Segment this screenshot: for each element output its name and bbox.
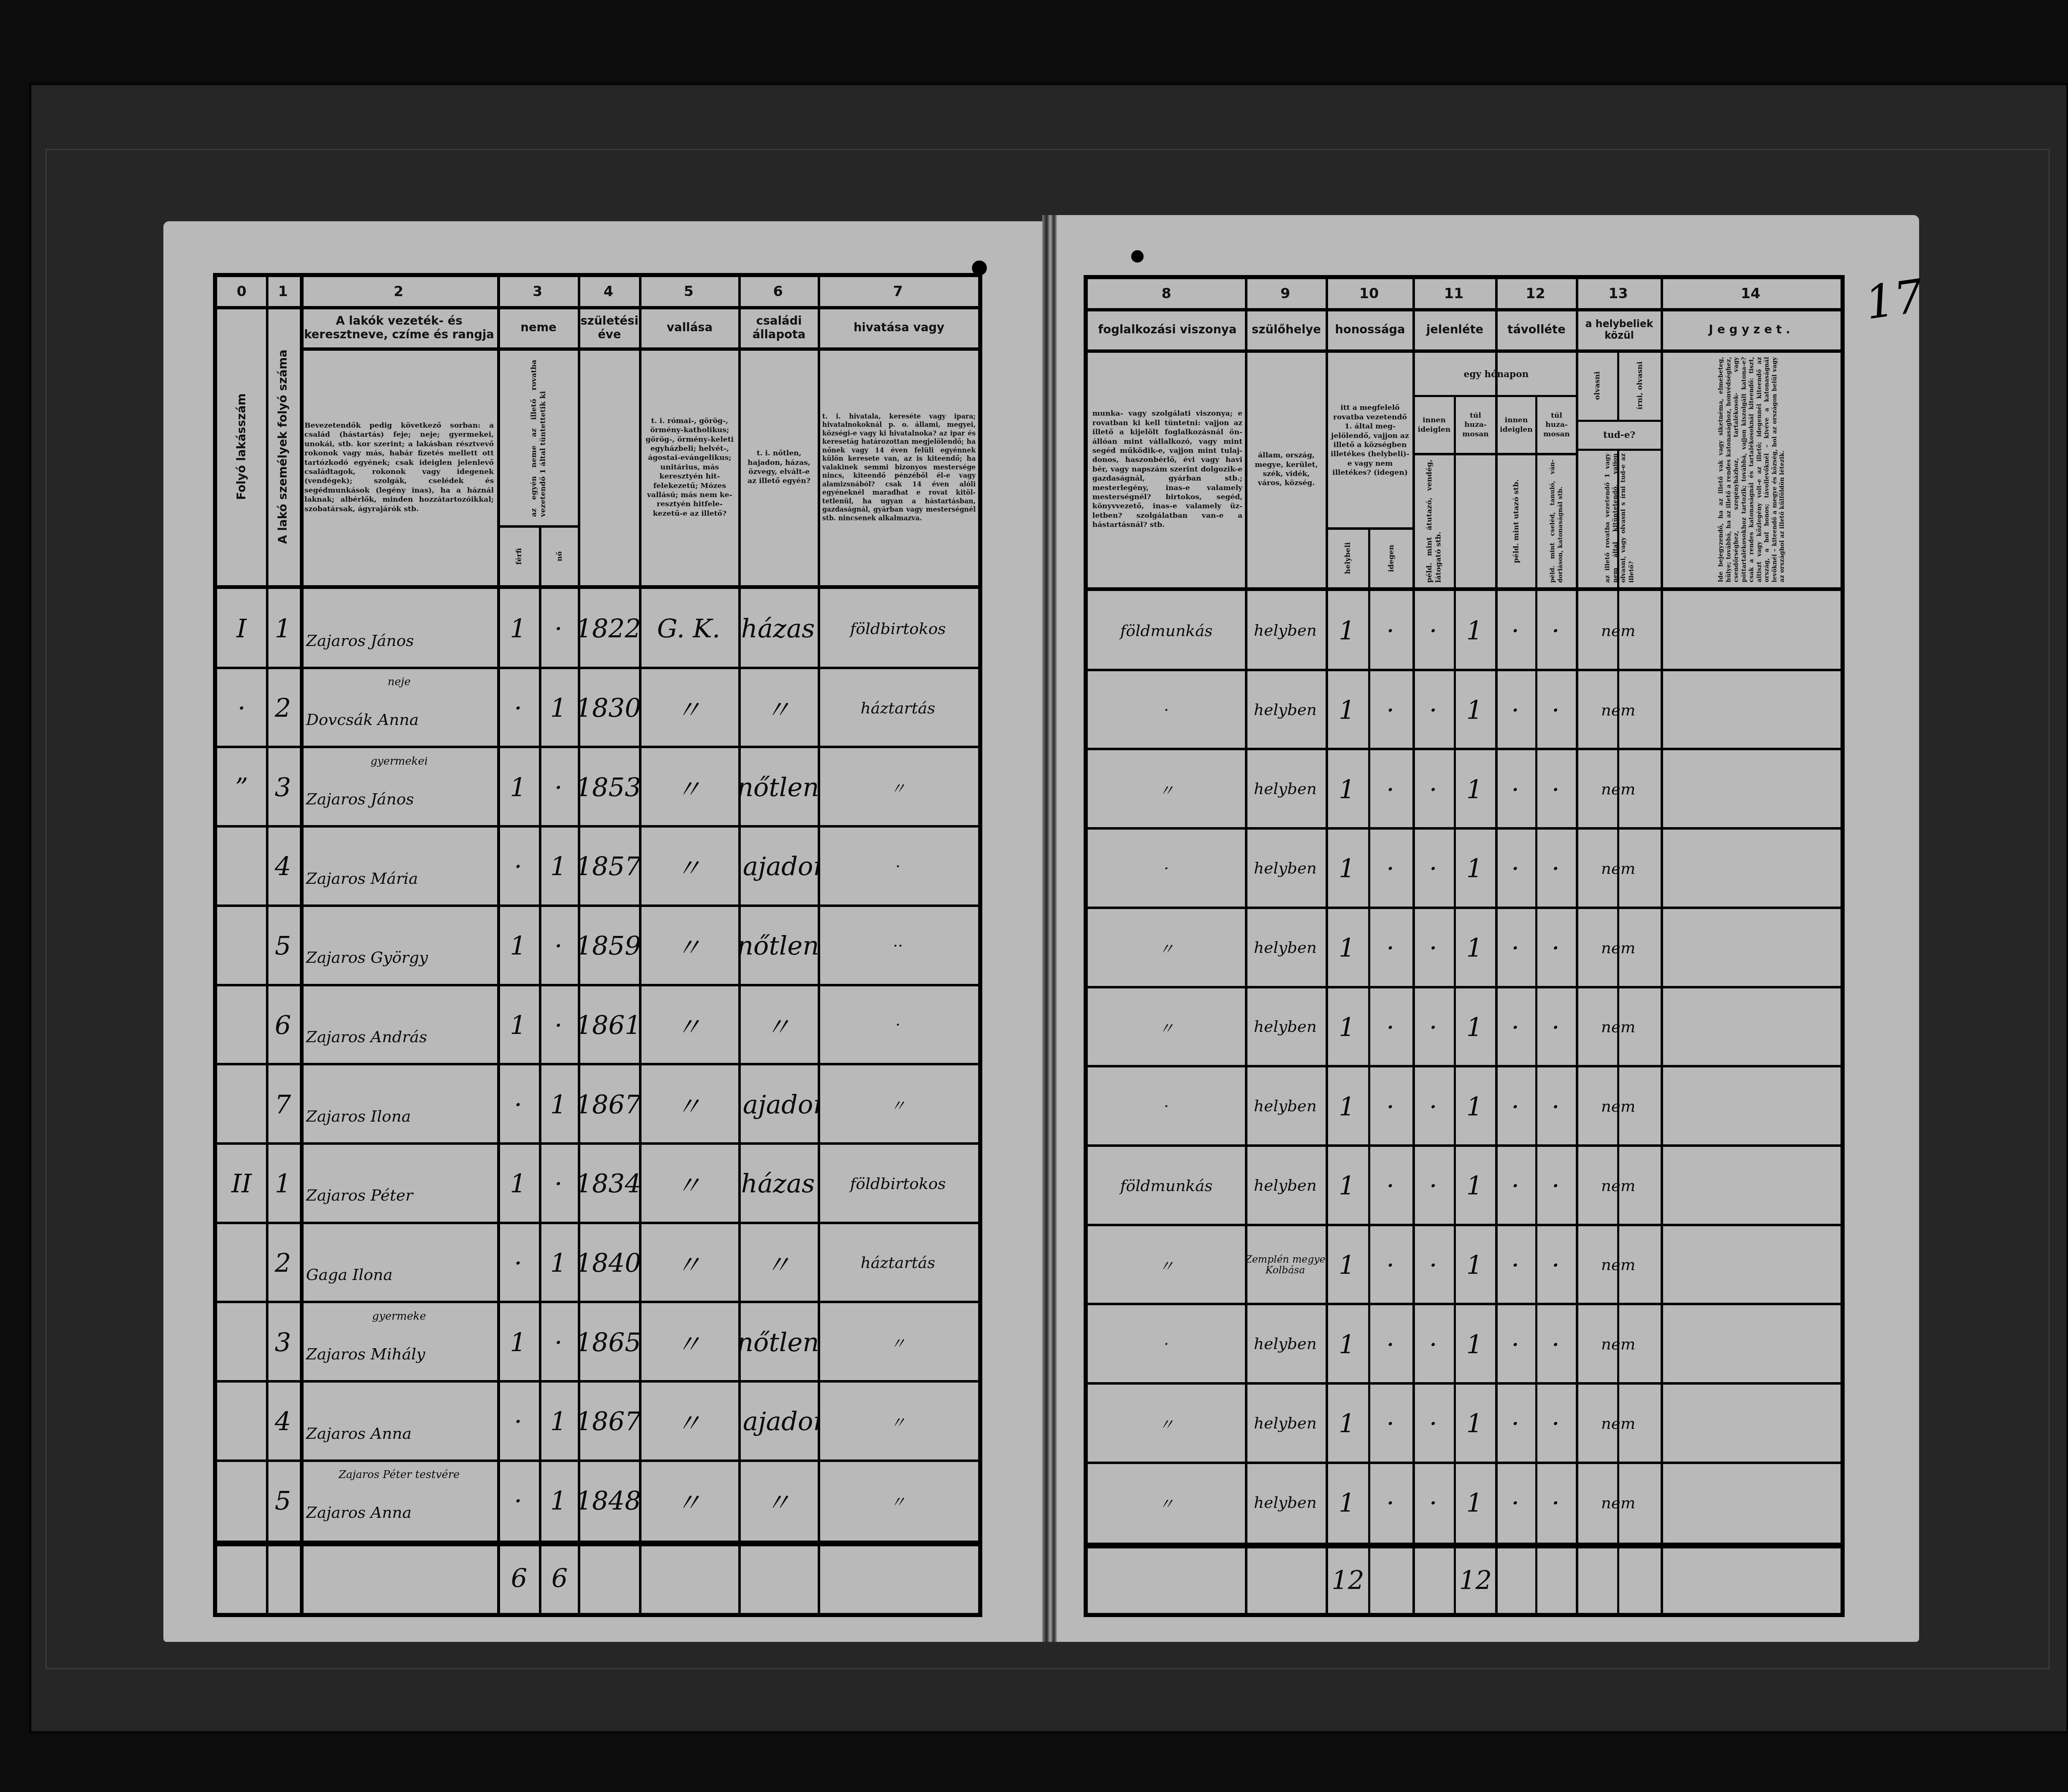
cell-employment: 〃 — [1088, 1463, 1245, 1543]
cell-marital: nőtlen — [738, 747, 818, 827]
cell-notes — [1661, 1463, 1841, 1543]
total-female: 6 — [541, 1547, 578, 1609]
cell-male: · — [497, 1461, 539, 1541]
cell-name: Zajaros Mihály — [302, 1326, 496, 1382]
cell-marital: 〃 — [738, 1461, 818, 1541]
cell-foreign: · — [1368, 749, 1412, 829]
cell-employment: 〃 — [1088, 1225, 1245, 1305]
cell-dwelling — [217, 1065, 266, 1144]
col-number-11: 11 — [1412, 279, 1495, 308]
cell-native: 1 — [1326, 1067, 1368, 1146]
cell-foreign: · — [1368, 988, 1412, 1067]
cell-relationship-note: gyermeke — [302, 1302, 496, 1330]
cell-name: Zajaros András — [302, 1009, 496, 1065]
cell-absent_long: · — [1535, 1067, 1576, 1146]
cell-notes — [1661, 1146, 1841, 1225]
cell-no: 5 — [266, 906, 300, 986]
table-row: ·helyben1··1··nem — [1088, 829, 1841, 908]
header-notes-description: Ide bejegyzendő, ha az illető vak vagy s… — [1663, 354, 1841, 585]
cell-marital: hajadon — [738, 827, 818, 906]
header-presence-note: péld. mint átutazó, vendég, látogató stb… — [1415, 457, 1454, 585]
cell-year: 1867 — [578, 1065, 639, 1144]
cell-present_temp: · — [1412, 1146, 1454, 1225]
cell-absent_temp: · — [1495, 591, 1535, 670]
cell-occupation: 〃 — [818, 1382, 978, 1461]
cell-dwelling — [217, 1461, 266, 1541]
cell-notes — [1661, 591, 1841, 670]
cell-dwelling — [217, 1382, 266, 1461]
table-row: ”31·1853〃nőtlen〃Zajaros Jánosgyermekei — [217, 747, 978, 827]
cell-no: 7 — [266, 1065, 300, 1144]
cell-year: 1865 — [578, 1302, 639, 1382]
cell-literacy: nem — [1576, 829, 1661, 908]
cell-no: 3 — [266, 1302, 300, 1382]
cell-foreign: · — [1368, 908, 1412, 988]
cell-birthplace: helyben — [1245, 829, 1326, 908]
cell-birthplace: Zemplén megye Kolbása — [1245, 1225, 1326, 1305]
cell-literacy: nem — [1576, 591, 1661, 670]
cell-birthplace: helyben — [1245, 1146, 1326, 1225]
cell-birthplace: helyben — [1245, 1304, 1326, 1384]
cell-native: 1 — [1326, 829, 1368, 908]
header-religion-title: vallása — [641, 308, 738, 347]
table-row: 51·1859〃nőtlen··Zajaros György — [217, 906, 978, 986]
cell-foreign: · — [1368, 591, 1412, 670]
cell-native: 1 — [1326, 1304, 1368, 1384]
header-literacy-read-write: írni, olvasni — [1619, 352, 1661, 420]
col-number-6: 6 — [738, 277, 818, 306]
col-number-2: 2 — [300, 277, 497, 306]
cell-female: 1 — [539, 668, 578, 748]
cell-birthplace: helyben — [1245, 988, 1326, 1067]
cell-native: 1 — [1326, 908, 1368, 988]
cell-marital: 〃 — [738, 668, 818, 748]
cell-female: · — [539, 747, 578, 827]
cell-no: 4 — [266, 1382, 300, 1461]
cell-female: · — [539, 589, 578, 668]
cell-absent_temp: · — [1495, 1463, 1535, 1543]
cell-foreign: · — [1368, 1304, 1412, 1384]
header-absence-note-temporary: péld. mint utazó stb. — [1497, 457, 1535, 585]
cell-dwelling: ” — [217, 747, 266, 827]
cell-dwelling — [217, 1302, 266, 1382]
cell-marital: házas — [738, 1144, 818, 1223]
cell-present_long: 1 — [1454, 591, 1495, 670]
book-gutter — [1042, 215, 1057, 1642]
col-number-13: 13 — [1576, 279, 1661, 308]
cell-absent_temp: · — [1495, 829, 1535, 908]
header-employment-title: foglalkozási viszonya — [1090, 310, 1245, 349]
cell-notes — [1661, 1384, 1841, 1463]
table-row: 31·1865〃nőtlen〃Zajaros Mihálygyermeke — [217, 1302, 978, 1382]
cell-absent_long: · — [1535, 988, 1576, 1067]
header-birth-year: születési éve — [580, 308, 639, 347]
cell-religion: 〃 — [639, 1382, 738, 1461]
col-number-3: 3 — [497, 277, 578, 306]
table-row: 〃helyben1··1··nem — [1088, 1384, 1841, 1463]
col-number-5: 5 — [639, 277, 738, 306]
cell-marital: nőtlen — [738, 1302, 818, 1382]
cell-occupation: 〃 — [818, 747, 978, 827]
header-literacy-title: a hely­beliek közül — [1578, 310, 1661, 349]
cell-marital: 〃 — [738, 1223, 818, 1303]
cell-female: · — [539, 906, 578, 986]
cell-birthplace: helyben — [1245, 908, 1326, 988]
header-notes-title: Jegyzet. — [1663, 310, 1841, 349]
cell-literacy: nem — [1576, 1067, 1661, 1146]
header-birthplace-description: állam, or­szág, megye, kerület, szék, vi… — [1247, 354, 1326, 585]
cell-dwelling: II — [217, 1144, 266, 1223]
cell-present_long: 1 — [1454, 1384, 1495, 1463]
cell-dwelling — [217, 986, 266, 1065]
printer-ornament-right — [1131, 250, 1144, 263]
cell-employment: földmunkás — [1088, 1146, 1245, 1225]
cell-absent_long: · — [1535, 1146, 1576, 1225]
table-row: ·2·11830〃〃háztartásDovcsák Annaneje — [217, 668, 978, 748]
cell-employment: · — [1088, 829, 1245, 908]
cell-absent_long: · — [1535, 749, 1576, 829]
header-absence-note-long: péld. mint cseléd, tanuló, ván­dorláson,… — [1537, 457, 1576, 585]
cell-marital: nőtlen — [738, 906, 818, 986]
cell-employment: 〃 — [1088, 988, 1245, 1067]
cell-absent_temp: · — [1495, 1225, 1535, 1305]
cell-absent_temp: · — [1495, 1146, 1535, 1225]
col-number-10: 10 — [1326, 279, 1412, 308]
cell-female: 1 — [539, 1223, 578, 1303]
header-employment-description: munka- vagy szolgálati viszonya; e rovat… — [1090, 354, 1245, 585]
cell-year: 1848 — [578, 1461, 639, 1541]
table-row: 7·11867〃hajadon〃Zajaros Ilona — [217, 1065, 978, 1144]
cell-native: 1 — [1326, 1146, 1368, 1225]
cell-notes — [1661, 829, 1841, 908]
cell-dwelling — [217, 906, 266, 986]
cell-literacy: nem — [1576, 749, 1661, 829]
cell-year: 1859 — [578, 906, 639, 986]
cell-occupation: 〃 — [818, 1461, 978, 1541]
cell-present_temp: · — [1412, 1384, 1454, 1463]
col-number-12: 12 — [1495, 279, 1576, 308]
cell-notes — [1661, 908, 1841, 988]
cell-literacy: nem — [1576, 1225, 1661, 1305]
total-native: 12 — [1328, 1549, 1368, 1611]
cell-male: 1 — [497, 747, 539, 827]
cell-no: 4 — [266, 827, 300, 906]
cell-no: 2 — [266, 668, 300, 748]
cell-marital: 〃 — [738, 986, 818, 1065]
cell-year: 1857 — [578, 827, 639, 906]
cell-dwelling: I — [217, 589, 266, 668]
cell-notes — [1661, 1304, 1841, 1384]
cell-foreign: · — [1368, 829, 1412, 908]
cell-employment: · — [1088, 1067, 1245, 1146]
cell-religion: 〃 — [639, 827, 738, 906]
cell-birthplace: helyben — [1245, 1067, 1326, 1146]
col-number-7: 7 — [818, 277, 978, 306]
cell-occupation: 〃 — [818, 1065, 978, 1144]
header-presence-temporary: innen ideig­len — [1415, 397, 1454, 453]
cell-name: Zajaros János — [302, 771, 496, 827]
cell-no: 3 — [266, 747, 300, 827]
census-table-left: 0 1 2 3 4 5 6 7 Folyó lakásszám A lakó s… — [213, 273, 982, 1617]
cell-foreign: · — [1368, 1067, 1412, 1146]
cell-male: 1 — [497, 589, 539, 668]
cell-name: Zajaros Anna — [302, 1406, 496, 1461]
cell-occupation: · — [818, 986, 978, 1065]
cell-male: 1 — [497, 1302, 539, 1382]
table-row: 〃Zemplén megye Kolbása1··1··nem — [1088, 1225, 1841, 1305]
cell-religion: 〃 — [639, 1302, 738, 1382]
cell-religion: 〃 — [639, 1065, 738, 1144]
cell-literacy: nem — [1576, 1146, 1661, 1225]
cell-notes — [1661, 1067, 1841, 1146]
cell-absent_long: · — [1535, 908, 1576, 988]
cell-absent_long: · — [1535, 591, 1576, 670]
cell-female: · — [539, 986, 578, 1065]
cell-employment: · — [1088, 670, 1245, 750]
cell-native: 1 — [1326, 670, 1368, 750]
cell-notes — [1661, 749, 1841, 829]
cell-birthplace: helyben — [1245, 749, 1326, 829]
cell-native: 1 — [1326, 591, 1368, 670]
cell-present_long: 1 — [1454, 1304, 1495, 1384]
cell-absent_long: · — [1535, 670, 1576, 750]
header-literacy-description: az illető rovatba vezetendő 1 vagy nem á… — [1578, 451, 1661, 585]
header-absence-long: túl huza­mosan — [1537, 397, 1576, 453]
header-occupation-title: hivatása vagy — [820, 308, 978, 347]
header-one-month-span: egy hónapon — [1415, 354, 1578, 395]
cell-absent_temp: · — [1495, 1067, 1535, 1146]
cell-absent_long: · — [1535, 1304, 1576, 1384]
cell-dwelling: · — [217, 668, 266, 748]
cell-relationship-note: neje — [302, 668, 496, 696]
cell-native: 1 — [1326, 1384, 1368, 1463]
cell-present_long: 1 — [1454, 1146, 1495, 1225]
cell-marital: hajadon — [738, 1065, 818, 1144]
cell-religion: 〃 — [639, 1461, 738, 1541]
cell-no: 5 — [266, 1461, 300, 1541]
cell-male: · — [497, 827, 539, 906]
cell-religion: G. K. — [639, 589, 738, 668]
cell-marital: házas — [738, 589, 818, 668]
cell-present_temp: · — [1412, 1463, 1454, 1543]
cell-absent_long: · — [1535, 829, 1576, 908]
cell-occupation: háztartás — [818, 1223, 978, 1303]
cell-male: 1 — [497, 986, 539, 1065]
cell-no: 1 — [266, 1144, 300, 1223]
cell-male: 1 — [497, 1144, 539, 1223]
cell-relationship-note: gyermekei — [302, 747, 496, 775]
cell-literacy: nem — [1576, 1304, 1661, 1384]
cell-present_long: 1 — [1454, 908, 1495, 988]
header-citizenship-description: itt a meg­felelő rovatba ve­zetendő 1. á… — [1328, 354, 1412, 527]
cell-absent_long: · — [1535, 1384, 1576, 1463]
table-row: 〃helyben1··1··nem — [1088, 988, 1841, 1067]
header-name-description: Bevezetendők pedig következő sorban: a c… — [302, 352, 496, 583]
cell-literacy: nem — [1576, 1463, 1661, 1543]
cell-year: 1840 — [578, 1223, 639, 1303]
cell-female: 1 — [539, 1461, 578, 1541]
cell-native: 1 — [1326, 1463, 1368, 1543]
header-citizenship-title: honossága — [1328, 310, 1412, 349]
col-number-4: 4 — [578, 277, 639, 306]
header-presence-long: túl huza­mosan — [1456, 397, 1495, 453]
header-literacy-read: olvasni — [1578, 352, 1617, 420]
header-religion-description: t. i. római-, görög-, örmény-katholikus;… — [641, 352, 738, 583]
cell-name: Zajaros Péter — [302, 1168, 496, 1223]
cell-notes — [1661, 1225, 1841, 1305]
cell-year: 1822 — [578, 589, 639, 668]
cell-present_temp: · — [1412, 749, 1454, 829]
table-row: 2·11840〃〃háztartásGaga Ilona — [217, 1223, 978, 1303]
cell-present_temp: · — [1412, 908, 1454, 988]
table-row: ·helyben1··1··nem — [1088, 670, 1841, 750]
cell-native: 1 — [1326, 988, 1368, 1067]
cell-present_temp: · — [1412, 591, 1454, 670]
table-row: II11·1834〃házasföldbirtokosZajaros Péter — [217, 1144, 978, 1223]
col-number-0: 0 — [217, 277, 266, 306]
cell-year: 1834 — [578, 1144, 639, 1223]
cell-literacy: nem — [1576, 670, 1661, 750]
cell-no: 1 — [266, 589, 300, 668]
cell-present_temp: · — [1412, 1067, 1454, 1146]
cell-year: 1867 — [578, 1382, 639, 1461]
cell-foreign: · — [1368, 1384, 1412, 1463]
cell-occupation: háztartás — [818, 668, 978, 748]
cell-occupation: földbirtokos — [818, 1144, 978, 1223]
cell-religion: 〃 — [639, 986, 738, 1065]
page-number: 17 — [1862, 269, 1927, 330]
cell-foreign: · — [1368, 670, 1412, 750]
cell-absent_long: · — [1535, 1463, 1576, 1543]
cell-occupation: földbirtokos — [818, 589, 978, 668]
table-row: 〃helyben1··1··nem — [1088, 749, 1841, 829]
cell-year: 1861 — [578, 986, 639, 1065]
table-row: ·helyben1··1··nem — [1088, 1304, 1841, 1384]
cell-absent_temp: · — [1495, 1384, 1535, 1463]
header-name-title: A lakók vezeték- és keresztneve, czíme é… — [302, 308, 496, 347]
header-dwelling-number: Folyó lakásszám — [217, 308, 266, 585]
header-person-number: A lakó személyek folyó száma — [266, 308, 300, 585]
cell-male: · — [497, 668, 539, 748]
cell-present_long: 1 — [1454, 829, 1495, 908]
cell-birthplace: helyben — [1245, 670, 1326, 750]
cell-present_temp: · — [1412, 1304, 1454, 1384]
col-number-1: 1 — [266, 277, 300, 306]
table-row: földmunkáshelyben1··1··nem — [1088, 591, 1841, 670]
table-row: 〃helyben1··1··nem — [1088, 1463, 1841, 1543]
cell-present_long: 1 — [1454, 988, 1495, 1067]
cell-name: Gaga Ilona — [302, 1247, 496, 1302]
cell-marital: hajadon — [738, 1382, 818, 1461]
col-number-14: 14 — [1661, 279, 1841, 308]
table-row: 5·11848〃〃〃Zajaros AnnaZajaros Péter test… — [217, 1461, 978, 1541]
cell-present_temp: · — [1412, 670, 1454, 750]
header-occupation-description: t. i. hivatala, kereséte vagy ipara; hiv… — [820, 349, 978, 585]
cell-dwelling — [217, 827, 266, 906]
cell-female: 1 — [539, 1065, 578, 1144]
col-number-8: 8 — [1088, 279, 1245, 308]
cell-year: 1830 — [578, 668, 639, 748]
table-row: 61·1861〃〃·Zajaros András — [217, 986, 978, 1065]
cell-relationship-note: Zajaros Péter testvére — [302, 1461, 496, 1489]
cell-employment: földmunkás — [1088, 591, 1245, 670]
cell-notes — [1661, 670, 1841, 750]
cell-religion: 〃 — [639, 1223, 738, 1303]
cell-female: 1 — [539, 827, 578, 906]
cell-birthplace: helyben — [1245, 591, 1326, 670]
cell-name: Zajaros Mária — [302, 851, 496, 906]
cell-female: · — [539, 1144, 578, 1223]
cell-employment: 〃 — [1088, 749, 1245, 829]
cell-present_temp: · — [1412, 829, 1454, 908]
cell-religion: 〃 — [639, 747, 738, 827]
table-row: 4·11857〃hajadon·Zajaros Mária — [217, 827, 978, 906]
cell-present_temp: · — [1412, 988, 1454, 1067]
cell-birthplace: helyben — [1245, 1463, 1326, 1543]
cell-occupation: ·· — [818, 906, 978, 986]
cell-dwelling — [217, 1223, 266, 1303]
total-male: 6 — [499, 1547, 539, 1609]
cell-male: 1 — [497, 906, 539, 986]
cell-religion: 〃 — [639, 1144, 738, 1223]
cell-religion: 〃 — [639, 668, 738, 748]
cell-name: Zajaros Ilona — [302, 1089, 496, 1144]
cell-foreign: · — [1368, 1146, 1412, 1225]
cell-male: · — [497, 1382, 539, 1461]
cell-employment: · — [1088, 1304, 1245, 1384]
total-present-long: 12 — [1456, 1549, 1495, 1611]
cell-absent_temp: · — [1495, 1304, 1535, 1384]
cell-absent_long: · — [1535, 1225, 1576, 1305]
cell-absent_temp: · — [1495, 988, 1535, 1067]
census-table-right: 8 9 10 11 12 13 14 foglalkozási viszonya… — [1084, 275, 1845, 1617]
header-citizenship-foreign: idegen — [1370, 529, 1412, 587]
cell-present_long: 1 — [1454, 1463, 1495, 1543]
table-row: földmunkáshelyben1··1··nem — [1088, 1146, 1841, 1225]
header-literacy-question: tud-e? — [1578, 422, 1661, 449]
col-number-9: 9 — [1245, 279, 1326, 308]
cell-occupation: · — [818, 827, 978, 906]
cell-female: 1 — [539, 1382, 578, 1461]
header-birthplace-title: szülő­helye — [1247, 310, 1326, 349]
table-row: 〃helyben1··1··nem — [1088, 908, 1841, 988]
header-presence-title: jelenléte — [1415, 310, 1495, 349]
cell-foreign: · — [1368, 1463, 1412, 1543]
table-row: ·helyben1··1··nem — [1088, 1067, 1841, 1146]
header-sex-male: férfi — [499, 527, 539, 585]
cell-foreign: · — [1368, 1225, 1412, 1305]
cell-female: · — [539, 1302, 578, 1382]
cell-native: 1 — [1326, 1225, 1368, 1305]
cell-name: Zajaros Anna — [302, 1485, 496, 1540]
cell-literacy: nem — [1576, 908, 1661, 988]
cell-absent_temp: · — [1495, 749, 1535, 829]
header-marital-description: t. i. nőtlen, hajadon, házas, özvegy, el… — [740, 352, 818, 583]
cell-notes — [1661, 988, 1841, 1067]
cell-present_long: 1 — [1454, 749, 1495, 829]
cell-year: 1853 — [578, 747, 639, 827]
cell-employment: 〃 — [1088, 1384, 1245, 1463]
cell-literacy: nem — [1576, 1384, 1661, 1463]
header-citizenship-local: helybeli — [1328, 529, 1368, 587]
header-marital-title: családi állapota — [740, 308, 818, 347]
cell-occupation: 〃 — [818, 1302, 978, 1382]
cell-absent_temp: · — [1495, 670, 1535, 750]
cell-no: 6 — [266, 986, 300, 1065]
cell-present_long: 1 — [1454, 1067, 1495, 1146]
cell-present_long: 1 — [1454, 1225, 1495, 1305]
cell-religion: 〃 — [639, 906, 738, 986]
